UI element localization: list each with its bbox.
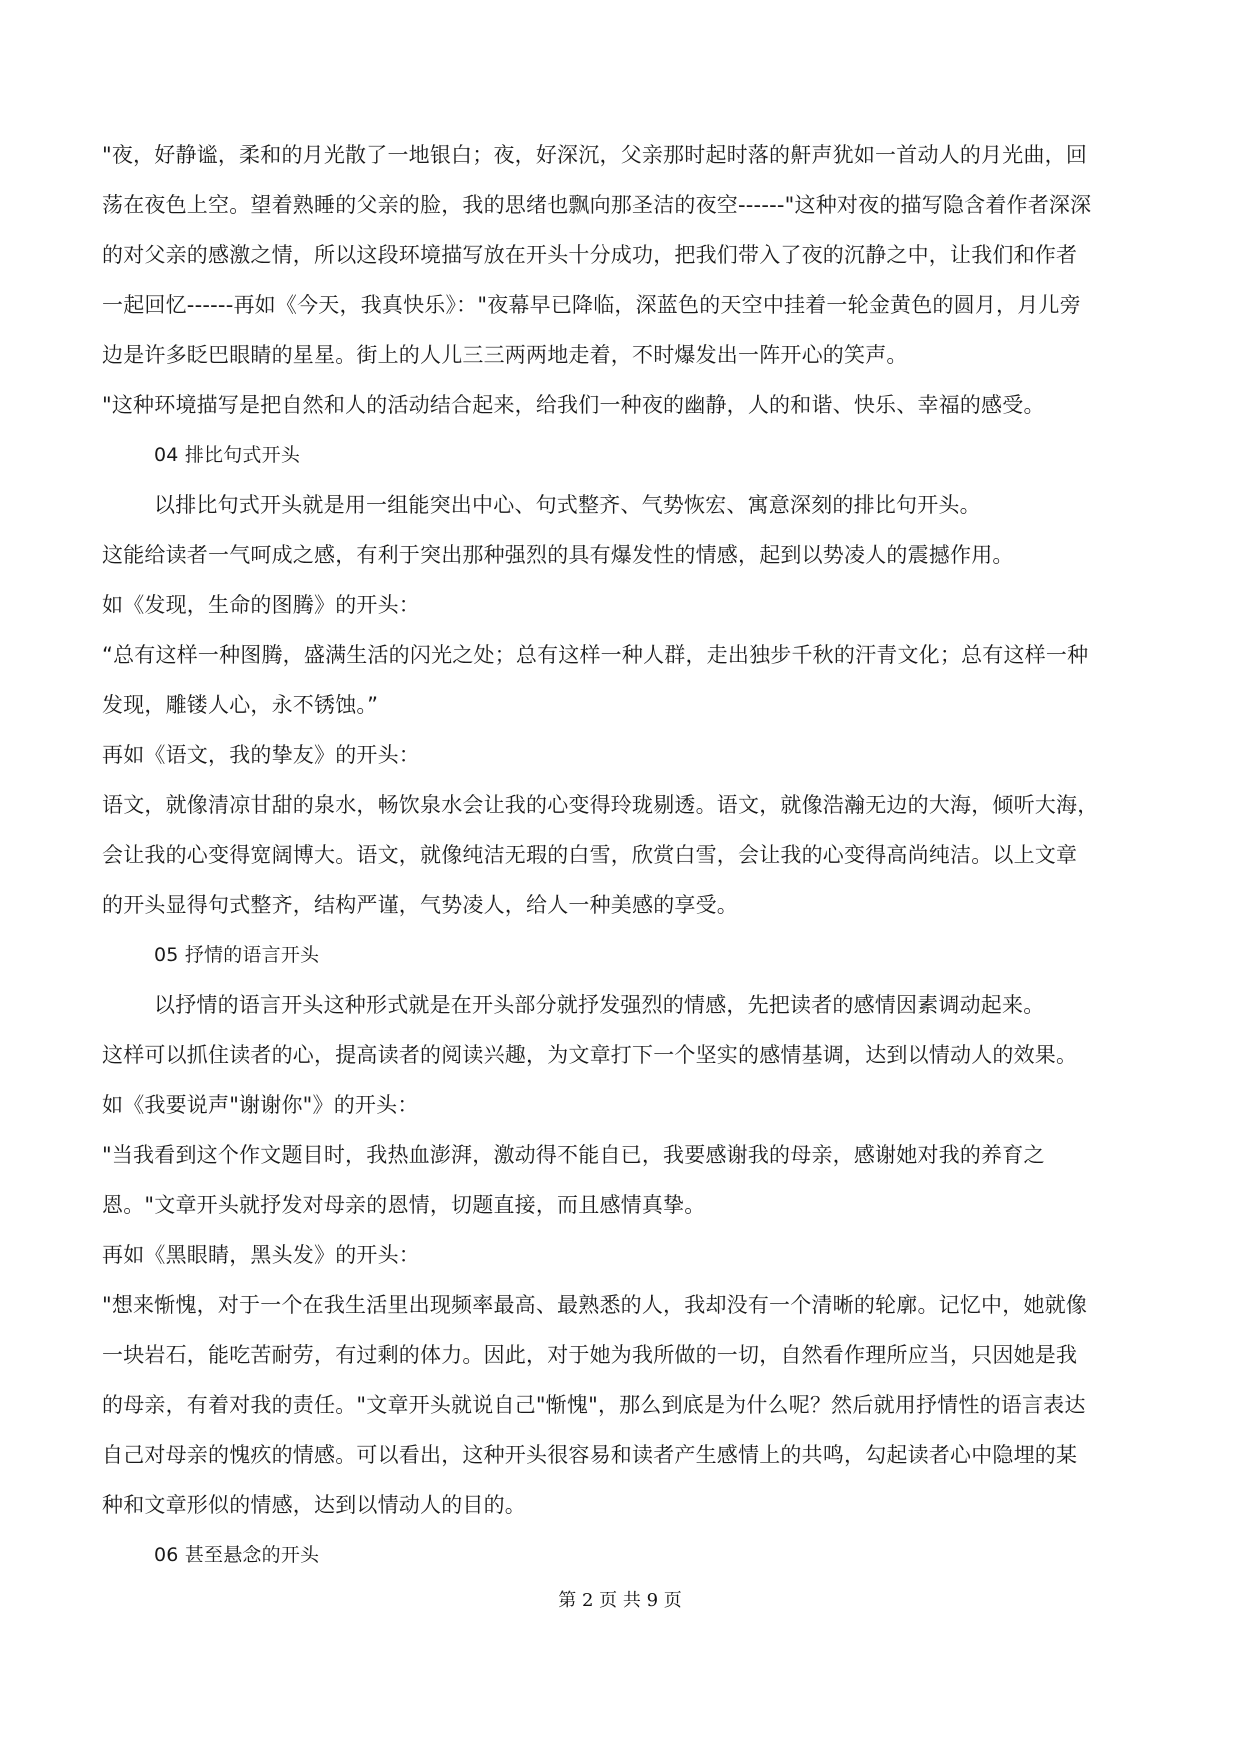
paragraph-line: "这种环境描写是把自然和人的活动结合起来，给我们一种夜的幽静，人的和谐、快乐、幸…: [102, 380, 1132, 430]
paragraph-line: 的对父亲的感激之情，所以这段环境描写放在开头十分成功，把我们带入了夜的沉静之中，…: [102, 230, 1132, 280]
paragraph-line: "想来惭愧，对于一个在我生活里出现频率最高、最熟悉的人，我却没有一个清晰的轮廓。…: [102, 1280, 1132, 1330]
section-heading-04: 04 排比句式开头: [102, 430, 1132, 480]
paragraph-line: 的开头显得句式整齐，结构严谨，气势凌人，给人一种美感的享受。: [102, 880, 1132, 930]
paragraph-line: 以抒情的语言开头这种形式就是在开头部分就抒发强烈的情感，先把读者的感情因素调动起…: [102, 980, 1132, 1030]
paragraph-line: "当我看到这个作文题目时，我热血澎湃，激动得不能自已，我要感谢我的母亲，感谢她对…: [102, 1130, 1132, 1180]
paragraph-line: 会让我的心变得宽阔博大。语文，就像纯洁无瑕的白雪，欣赏白雪，会让我的心变得高尚纯…: [102, 830, 1132, 880]
document-page: "夜，好静谧，柔和的月光散了一地银白；夜，好深沉，父亲那时起时落的鼾声犹如一首动…: [102, 130, 1132, 1580]
paragraph-line: “总有这样一种图腾，盛满生活的闪光之处；总有这样一种人群，走出独步千秋的汗青文化…: [102, 630, 1132, 680]
paragraph-line: 种和文章形似的情感，达到以情动人的目的。: [102, 1480, 1132, 1530]
paragraph-line: 如《我要说声"谢谢你"》的开头：: [102, 1080, 1132, 1130]
paragraph-line: 恩。"文章开头就抒发对母亲的恩情，切题直接，而且感情真挚。: [102, 1180, 1132, 1230]
paragraph-line: "夜，好静谧，柔和的月光散了一地银白；夜，好深沉，父亲那时起时落的鼾声犹如一首动…: [102, 130, 1132, 180]
paragraph-line: 再如《黑眼睛，黑头发》的开头：: [102, 1230, 1132, 1280]
paragraph-line: 自己对母亲的愧疚的情感。可以看出，这种开头很容易和读者产生感情上的共鸣，勾起读者…: [102, 1430, 1132, 1480]
page-number-footer: 第 2 页 共 9 页: [0, 1586, 1240, 1612]
paragraph-line: 以排比句式开头就是用一组能突出中心、句式整齐、气势恢宏、寓意深刻的排比句开头。: [102, 480, 1132, 530]
paragraph-line: 一起回忆------再如《今天，我真快乐》："夜幕早已降临，深蓝色的天空中挂着一…: [102, 280, 1132, 330]
paragraph-line: 边是许多眨巴眼睛的星星。街上的人儿三三两两地走着，不时爆发出一阵开心的笑声。: [102, 330, 1132, 380]
section-heading-05: 05 抒情的语言开头: [102, 930, 1132, 980]
paragraph-line: 发现，雕镂人心，永不锈蚀。”: [102, 680, 1132, 730]
paragraph-line: 一块岩石，能吃苦耐劳，有过剩的体力。因此，对于她为我所做的一切，自然看作理所应当…: [102, 1330, 1132, 1380]
paragraph-line: 荡在夜色上空。望着熟睡的父亲的脸，我的思绪也飘向那圣洁的夜空------"这种对…: [102, 180, 1132, 230]
paragraph-line: 这能给读者一气呵成之感，有利于突出那种强烈的具有爆发性的情感，起到以势凌人的震撼…: [102, 530, 1132, 580]
section-heading-06: 06 甚至悬念的开头: [102, 1530, 1132, 1580]
paragraph-line: 再如《语文，我的挚友》的开头：: [102, 730, 1132, 780]
paragraph-line: 语文，就像清凉甘甜的泉水，畅饮泉水会让我的心变得玲珑剔透。语文，就像浩瀚无边的大…: [102, 780, 1132, 830]
paragraph-line: 这样可以抓住读者的心，提高读者的阅读兴趣，为文章打下一个坚实的感情基调，达到以情…: [102, 1030, 1132, 1080]
paragraph-line: 的母亲，有着对我的责任。"文章开头就说自己"惭愧"，那么到底是为什么呢？然后就用…: [102, 1380, 1132, 1430]
paragraph-line: 如《发现，生命的图腾》的开头：: [102, 580, 1132, 630]
